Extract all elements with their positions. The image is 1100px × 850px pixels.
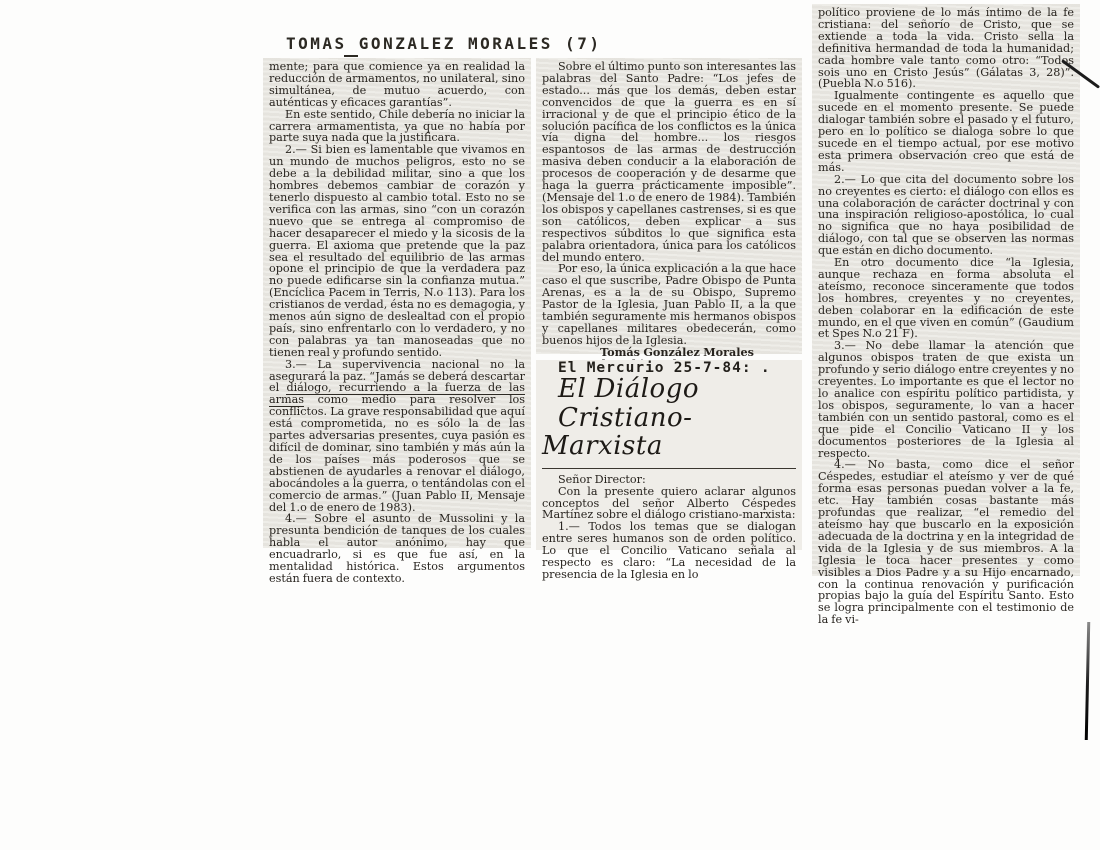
headline-line-2: Cristiano-Marxista (542, 404, 796, 461)
column3-paragraph-5: 3.— No debe llamar la atención que algun… (818, 340, 1074, 459)
letter-salutation: Señor Director: (542, 474, 796, 486)
column1-paragraph-5: 4.— Sobre el asunto de Mussolini y la pr… (269, 513, 525, 584)
column3-paragraph-4: En otro documento dice “la Iglesia, aunq… (818, 257, 1074, 340)
clipping-column-1: mente; para que comience ya en realidad … (263, 58, 531, 548)
column2-paragraph-2: Por eso, la única explicación a la que h… (542, 263, 796, 346)
column1-paragraph-1: mente; para que comience ya en realidad … (269, 61, 525, 109)
column1-paragraph-4: 3.— La supervivencia nacional no la aseg… (269, 359, 525, 514)
clipping-column-2: Sobre el último punto son interesantes l… (536, 58, 802, 354)
article-paragraph-1: Con la presente quiero aclarar algunos c… (542, 486, 796, 522)
column1-paragraph-4-continuation: como medio para resolver los conflictos.… (269, 393, 525, 513)
column2-paragraph-1: Sobre el último punto son interesantes l… (542, 61, 796, 263)
article-paragraph-2: 1.— Todos los temas que se dialogan entr… (542, 521, 796, 581)
handwritten-underline-mark (344, 55, 358, 57)
headline-line-1: El Diálogo (542, 375, 796, 404)
page-title: TOMAS GONZALEZ MORALES (7) (286, 34, 601, 53)
column1-paragraph-3: 2.— Si bien es lamentable que vivamos en… (269, 144, 525, 358)
clipping-column-3: político proviene de lo más íntimo de la… (812, 4, 1080, 576)
clipping-article-headline: El Mercurio 25-7-84: . El Diálogo Cristi… (536, 360, 802, 550)
column1-paragraph-2: En este sentido, Chile debería no inicia… (269, 109, 525, 145)
column3-paragraph-2: Igualmente contingente es aquello que su… (818, 90, 1074, 173)
headline-divider-rule (542, 468, 796, 469)
column3-paragraph-1: político proviene de lo más íntimo de la… (818, 7, 1074, 90)
column3-paragraph-3: 2.— Lo que cita del documento sobre los … (818, 174, 1074, 257)
column3-paragraph-6: 4.— No basta, como dice el señor Céspede… (818, 459, 1074, 626)
pen-vertical-line-mark (1085, 622, 1090, 740)
